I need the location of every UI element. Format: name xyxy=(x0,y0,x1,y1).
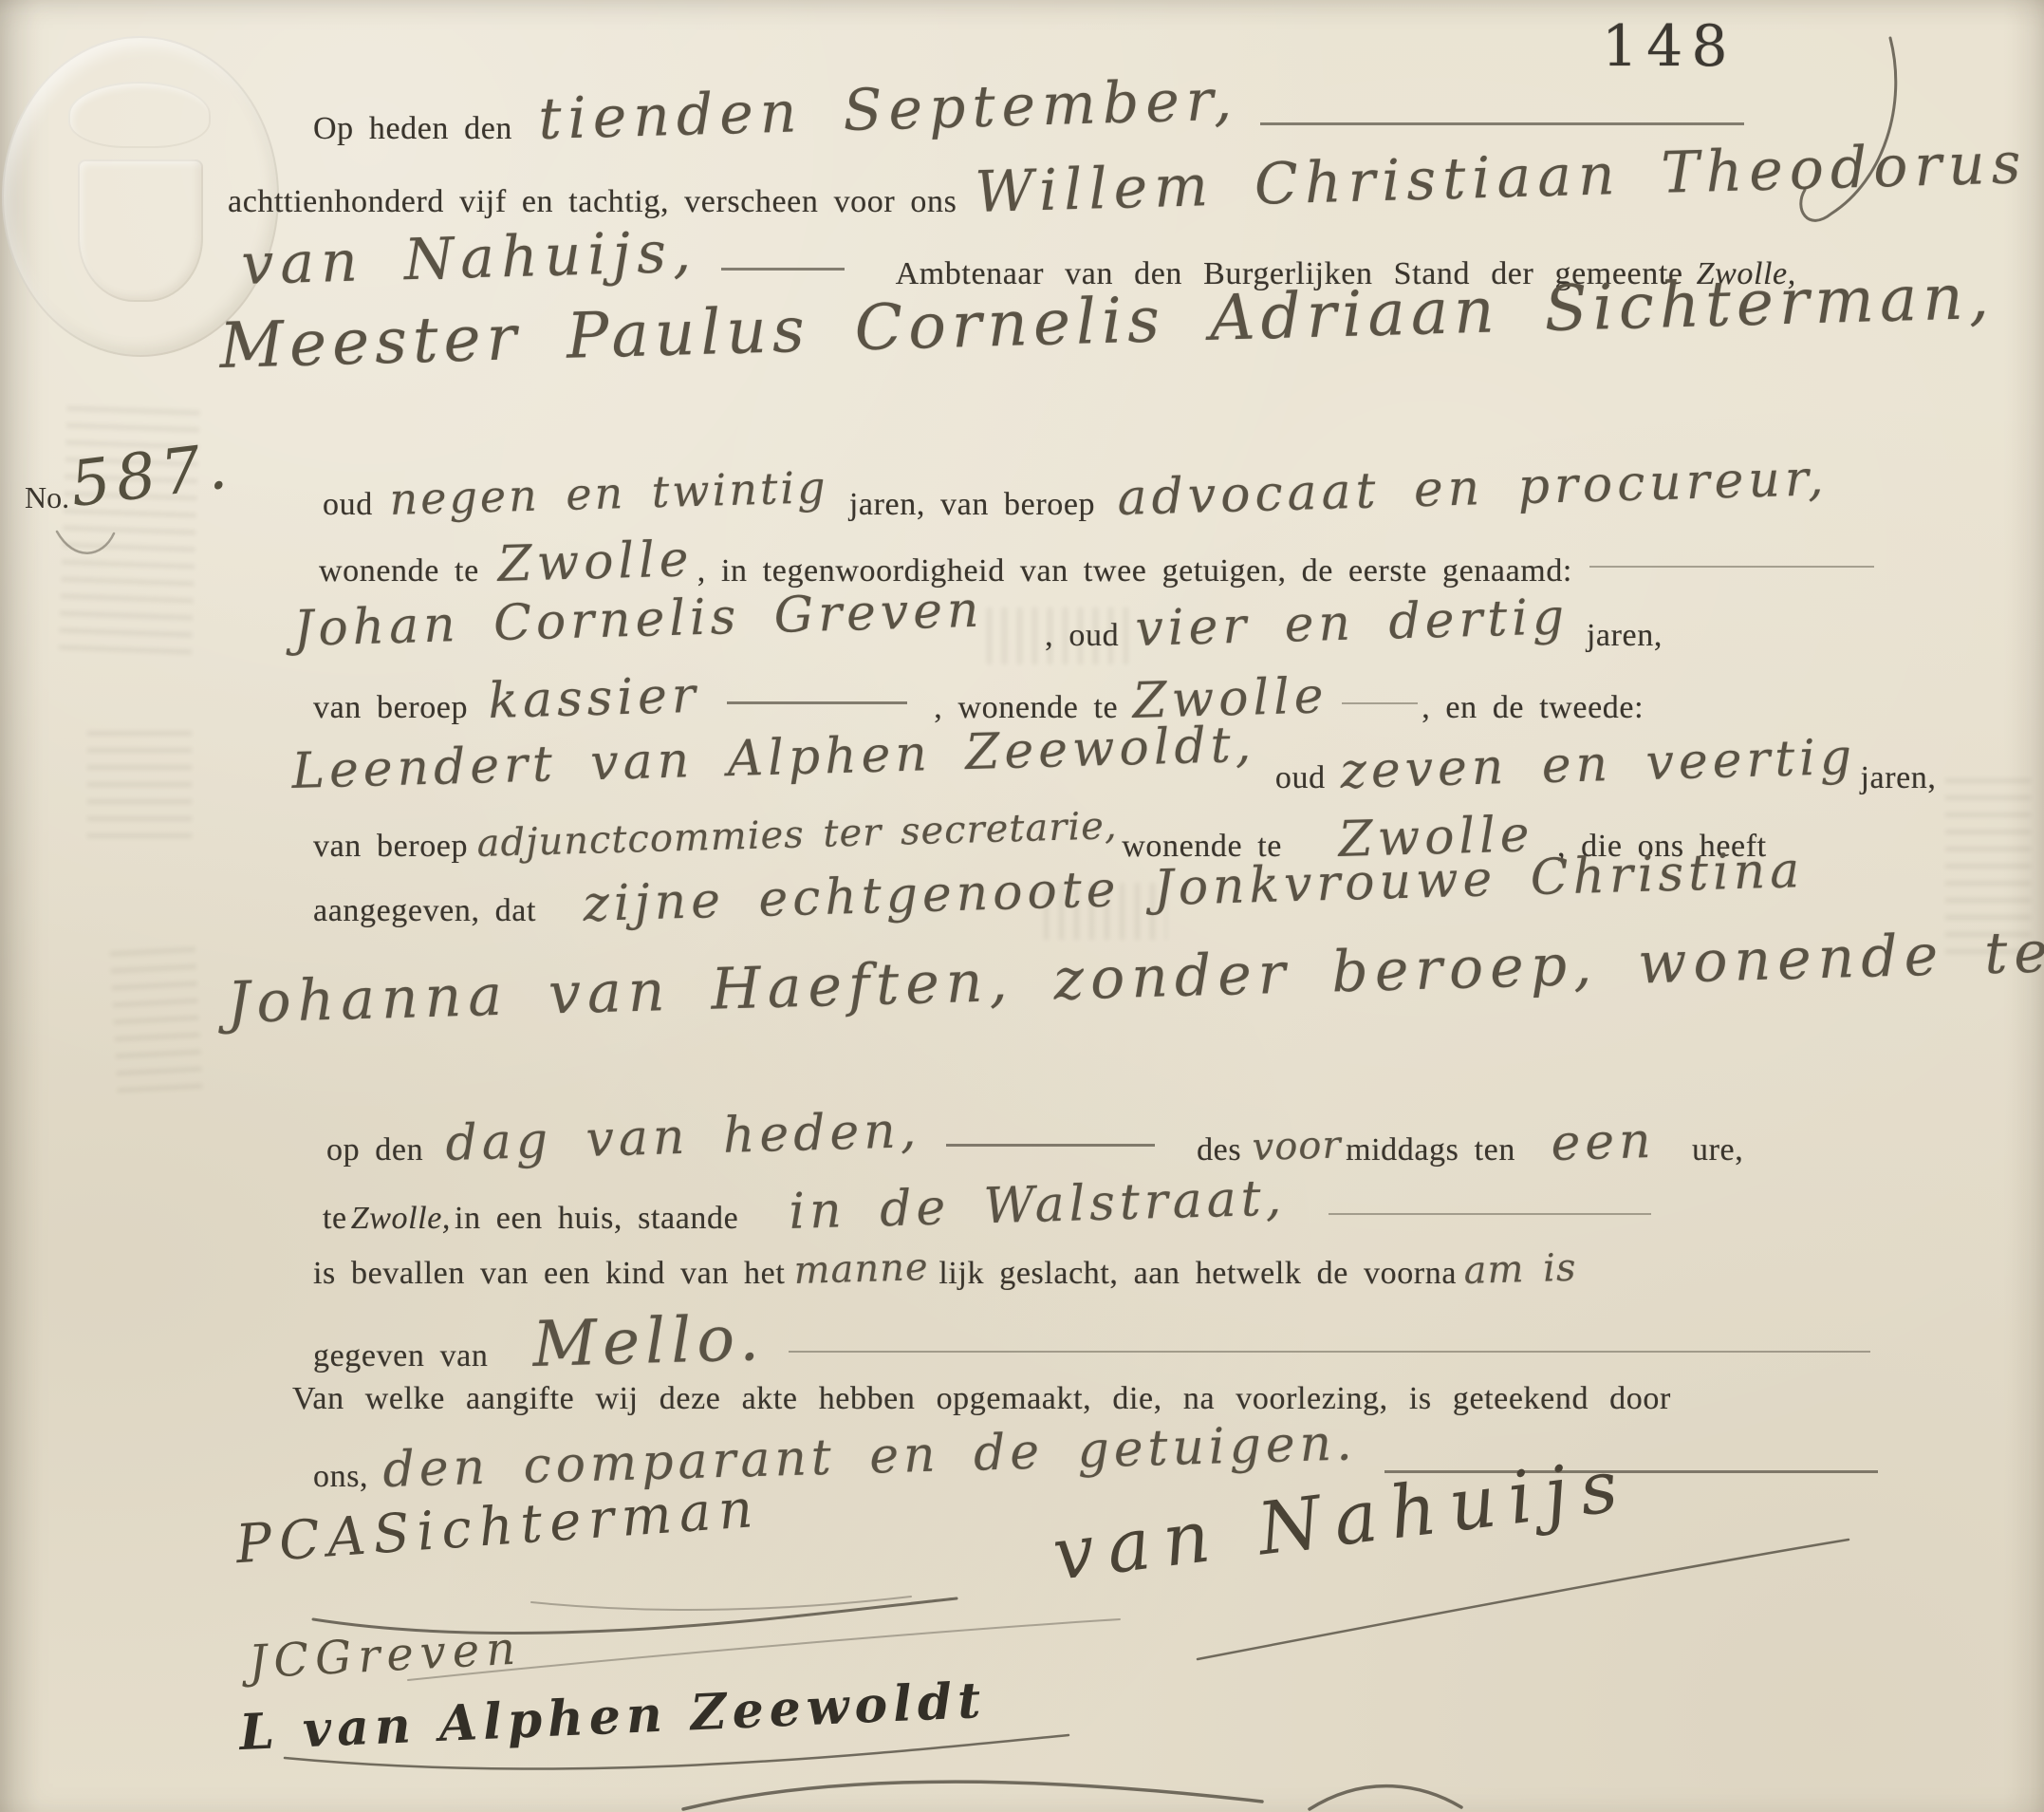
seal-crown xyxy=(68,82,211,148)
handwritten-birth-day: dag van heden, xyxy=(445,1105,921,1170)
act-line-18: ons, den comparant en de getuigen. xyxy=(313,1445,1878,1497)
handwritten-age: negen en twintig xyxy=(389,464,828,522)
printed-text: jaren, van beroep xyxy=(849,487,1095,522)
printed-text: middags ten xyxy=(1346,1132,1515,1168)
printed-text: Van welke aangifte wij deze akte hebben … xyxy=(292,1381,1671,1416)
handwritten-hour: een xyxy=(1551,1115,1657,1170)
act-line-01: Op heden den tienden September, xyxy=(313,90,1744,150)
printed-text: gegeven van xyxy=(313,1338,488,1373)
printed-text: jaren, xyxy=(1587,618,1663,653)
handwritten-date: tienden September, xyxy=(538,70,1239,150)
act-line-16: gegeven van Mello. xyxy=(313,1312,1870,1377)
handwritten-official-name: van Nahuijs, xyxy=(241,223,698,295)
handwritten-witness1-age: vier en dertig xyxy=(1135,591,1570,655)
filler-rule xyxy=(721,268,845,271)
printed-text: te xyxy=(323,1201,347,1236)
act-line-08: van beroep kassier , wonende te Zwolle ,… xyxy=(313,676,1644,728)
handwritten-occupation: advocaat en procureur, xyxy=(1117,453,1829,524)
printed-text: aangegeven, dat xyxy=(313,893,536,928)
printed-text: ure, xyxy=(1692,1132,1743,1168)
printed-text: oud xyxy=(323,487,373,522)
filler-rule xyxy=(789,1351,1870,1353)
act-line-05: oud negen en twintig jaren, van beroep a… xyxy=(323,473,1829,525)
filler-rule xyxy=(1329,1213,1651,1215)
filler-rule xyxy=(1589,566,1874,568)
printed-text: jaren, xyxy=(1860,760,1936,795)
printed-text: is bevallen van een kind van het xyxy=(313,1256,785,1291)
act-line-12: Johanna van Haeften, zonder beroep, wone… xyxy=(228,974,2044,1034)
printed-text: des xyxy=(1197,1132,1241,1168)
printed-text: , wonende te xyxy=(934,690,1118,725)
printed-text-municipality: Zwolle, xyxy=(351,1201,451,1236)
seal-shield xyxy=(78,159,203,302)
handwritten-text: am is xyxy=(1463,1248,1577,1291)
printed-text: achttienhonderd vijf en tachtig, versche… xyxy=(228,184,957,219)
handwritten-gender: manne xyxy=(793,1247,929,1291)
printed-text: Op heden den xyxy=(313,111,512,146)
signature-witness2: L van Alphen Zeewoldt xyxy=(238,1672,987,1762)
filler-rule xyxy=(1342,702,1418,704)
printed-text: lijk geslacht, aan hetwelk de voorna xyxy=(938,1256,1457,1291)
printed-text: wonende te xyxy=(319,553,479,588)
bleed-through-mark xyxy=(58,406,199,667)
handwritten-text: den comparant en de getuigen. xyxy=(382,1417,1358,1496)
act-line-02: achttienhonderd vijf en tachtig, versche… xyxy=(228,163,2029,223)
act-line-13: op den dag van heden, des voor middags t… xyxy=(326,1118,1743,1170)
act-line-17: Van welke aangifte wij deze akte hebben … xyxy=(292,1382,1671,1416)
bleed-through-mark xyxy=(87,731,192,845)
act-line-11: aangegeven, dat zijne echtgenoote Jonkvr… xyxy=(313,879,1805,931)
filler-rule xyxy=(946,1144,1155,1147)
printed-text: op den xyxy=(326,1132,423,1168)
handwritten-witness1-name: Johan Cornelis Greven xyxy=(293,585,984,656)
filler-rule xyxy=(1260,122,1744,125)
handwritten-daypart: voor xyxy=(1252,1125,1342,1168)
handwritten-witness1-occupation: kassier xyxy=(488,670,701,728)
act-line-14: te Zwolle, in een huis, staande in de Wa… xyxy=(323,1186,1651,1239)
printed-text: , en de tweede: xyxy=(1422,690,1644,725)
bleed-through-mark xyxy=(110,947,203,1103)
signature-underline xyxy=(531,1597,911,1610)
handwritten-birth-address: in de Walstraat, xyxy=(789,1172,1287,1238)
printed-text: in een huis, staande xyxy=(455,1201,738,1236)
printed-text: oud xyxy=(1275,760,1326,795)
act-line-04: Meester Paulus Cornelis Adriaan Sichterm… xyxy=(220,313,1996,379)
handwritten-residence: Zwolle xyxy=(497,533,694,590)
filler-rule xyxy=(727,701,907,704)
printed-text: van beroep xyxy=(313,690,468,725)
page-number: 148 xyxy=(1602,13,1737,80)
printed-text: ons, xyxy=(313,1459,368,1494)
printed-text: , oud xyxy=(1045,618,1119,653)
act-line-09: Leendert van Alphen Zeewoldt, oud zeven … xyxy=(292,746,1937,798)
act-line-06: wonende te Zwolle , in tegenwoordigheid … xyxy=(319,539,1874,591)
act-line-07: Johan Cornelis Greven , oud vier en dert… xyxy=(294,604,1663,656)
printed-text: , in tegenwoordigheid van twee getuigen,… xyxy=(697,553,1572,588)
signature-witness1: JCGreven xyxy=(248,1621,524,1689)
handwritten-child-name: Mello. xyxy=(532,1305,766,1377)
handwritten-witness2-name: Leendert van Alphen Zeewoldt, xyxy=(291,719,1256,798)
handwritten-witness2-age: zeven en veertig xyxy=(1339,732,1856,798)
act-line-15: is bevallen van een kind van het manne l… xyxy=(313,1251,1577,1291)
birth-certificate-page: 148 No. 587. Op heden den tienden Septem… xyxy=(0,0,2044,1812)
printed-text: van beroep xyxy=(313,829,468,864)
handwritten-witness2-occupation: adjunctcommies ter secretarie, xyxy=(476,806,1118,864)
partial-signature-stroke xyxy=(683,1782,1262,1809)
partial-signature-stroke xyxy=(1310,1786,1461,1809)
